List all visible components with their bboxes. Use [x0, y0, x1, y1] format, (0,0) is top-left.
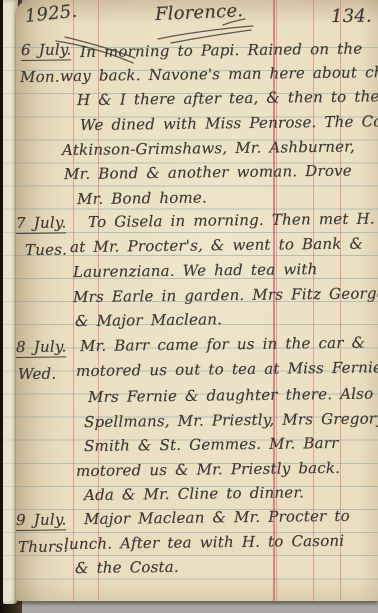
entry-date-text: 8 July.	[16, 337, 67, 358]
diary-line: Smith & St. Gemmes. Mr. Barr	[84, 434, 339, 455]
entry-date-text: 7 July.	[16, 213, 67, 234]
entry-date-text: 9 July.	[16, 510, 67, 531]
diary-line: Major Maclean & Mr. Procter to	[84, 507, 350, 528]
page-number: 134.	[331, 8, 372, 26]
entry-date: 8 July.	[16, 337, 67, 356]
entry-date: 6 July.	[21, 40, 72, 59]
entry-date: 9 July.	[16, 510, 67, 529]
entry-date: 7 July.	[16, 213, 67, 232]
diary-line: In morning to Papi. Rained on the	[80, 40, 363, 61]
diary-line: Mr. Barr came for us in the car &	[80, 334, 365, 355]
diary-line: Ada & Mr. Cline to dinner.	[84, 483, 304, 504]
diary-line: Laurenziana. We had tea with	[73, 260, 318, 281]
diary-line: motored us & Mr. Priestly back.	[76, 459, 340, 480]
place-title: Florence.	[155, 2, 244, 24]
diary-line: & Major Maclean.	[75, 310, 222, 330]
photograph-of-diary: { "header": { "year": "1925.", "place": …	[0, 0, 378, 613]
diary-line: Mrs Fernie & daughter there. Also the	[88, 384, 378, 406]
diary-page: 1925. Florence. 134. 6 July. Mon. In mor…	[16, 0, 378, 601]
diary-line: way back. Navone's man here about cheque…	[60, 63, 378, 85]
entry-day-label: Tues.	[25, 240, 67, 259]
diary-line: Mrs Earle in garden. Mrs Fitz George	[73, 284, 378, 306]
diary-line: motored us out to tea at Miss Fernie's	[76, 358, 378, 380]
diary-line: H & I there after tea, & then to the Cos…	[77, 87, 378, 109]
entry-date-text: 6 July.	[21, 40, 72, 61]
diary-line: Mr. Bond home.	[77, 188, 207, 208]
entry-day-label: Mon.	[20, 68, 60, 86]
year-label: 1925.	[24, 3, 78, 26]
diary-line: lunch. After tea with H. to Casoni	[64, 532, 344, 553]
diary-line: To Gisela in morning. Then met H.	[88, 209, 375, 231]
entry-day-label: Wed.	[18, 365, 56, 383]
diary-line: at Mr. Procter's, & went to Bank &	[70, 234, 363, 256]
diary-line: Mr. Bond & another woman. Drove	[64, 161, 352, 183]
diary-line: & the Costa.	[75, 558, 179, 577]
entry-day-label: Thurs.	[18, 537, 68, 556]
diary-line: We dined with Miss Penrose. The Copinger…	[80, 112, 378, 134]
diary-line: Atkinson-Grimshaws, Mr. Ashburner,	[62, 137, 355, 159]
diary-line: Spellmans, Mr. Priestly, Mrs Gregory	[84, 409, 378, 431]
